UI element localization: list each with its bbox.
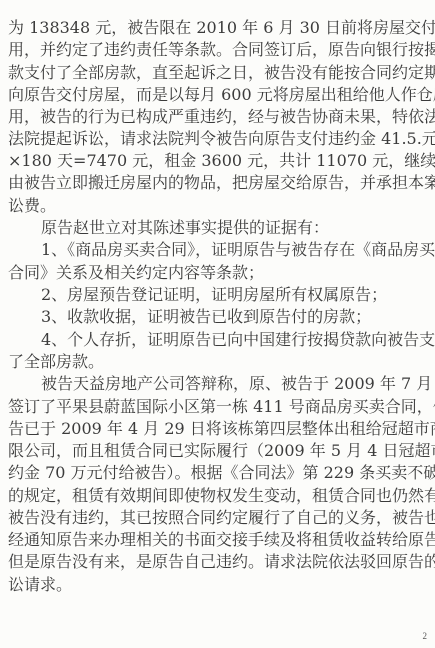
text-line: 法院提起诉讼，请求法院判令被告向原告支付违约金 41.5.元/天 <box>8 128 424 150</box>
text-line: 为 138348 元，被告限在 2010 年 6 月 30 日前将房屋交付原告使 <box>8 17 424 39</box>
text-line: 用，被告的行为已构成严重违约，经与被告协商未果，特依法向 <box>8 106 424 128</box>
evidence-item-1: 1、《商品房买卖合同》，证明原告与被告存在《商品房买卖 <box>41 239 424 261</box>
document-page: 为 138348 元，被告限在 2010 年 6 月 30 日前将房屋交付原告使… <box>0 0 435 648</box>
text-line: ×180 天=7470 元，租金 3600 元，共计 11070 元，继续履行合… <box>8 150 424 172</box>
evidence-item-3: 3、收款收据，证明被告已收到原告付的房款； <box>41 306 424 328</box>
defense-line: 讼请求。 <box>8 574 424 596</box>
text-line: 用，并约定了违约责任等条款。合同签订后，原告向银行按揭贷 <box>8 39 424 61</box>
evidence-item-1-cont: 合同》关系及相关约定内容等条款； <box>8 262 424 284</box>
evidence-item-4: 4、个人存折，证明原告已向中国建行按揭贷款向被告支付 <box>41 329 424 351</box>
defense-line: 签订了平果县蔚蓝国际小区第一栋 411 号商品房买卖合同，但被 <box>8 396 424 418</box>
defense-line: 约金 70 万元付给被告）。根据《合同法》第 229 条买卖不破租赁 <box>8 462 424 484</box>
evidence-item-2: 2、房屋预告登记证明，证明房屋所有权属原告； <box>41 284 424 306</box>
defense-line: 经通知原告来办理相关的书面交接手续及将租赁收益转给原告， <box>8 529 424 551</box>
text-line: 讼费。 <box>8 195 424 217</box>
defense-line: 被告没有违约，其已按照合同约定履行了自己的义务，被告也已 <box>8 507 424 529</box>
defense-line: 被告天益房地产公司答辩称，原、被告于 2009 年 7 月 21 日 <box>41 373 424 395</box>
text-line: 款支付了全部房款，直至起诉之日，被告没有能按合同约定期限 <box>8 62 424 84</box>
defense-line: 但是原告没有来，是原告自己违约。请求法院依法驳回原告的诉 <box>8 551 424 573</box>
text-line: 由被告立即搬迁房屋内的物品，把房屋交给原告，并承担本案诉 <box>8 172 424 194</box>
evidence-heading: 原告赵世立对其陈述事实提供的证据有： <box>41 217 424 239</box>
evidence-item-4-cont: 了全部房款。 <box>8 351 424 373</box>
defense-line: 的规定，租赁有效期间即使物权发生变动，租赁合同也仍然有效。 <box>8 485 424 507</box>
defense-line: 告已于 2009 年 4 月 29 日将该栋第四层整体出租给冠超市商贸有 <box>8 418 424 440</box>
page-number: 2 <box>423 631 428 641</box>
text-line: 向原告交付房屋，而是以每月 600 元将房屋出租给他人作仓库使 <box>8 84 424 106</box>
defense-line: 限公司，而且租赁合同已实际履行（2009 年 5 月 4 日冠超市把履 <box>8 440 424 462</box>
